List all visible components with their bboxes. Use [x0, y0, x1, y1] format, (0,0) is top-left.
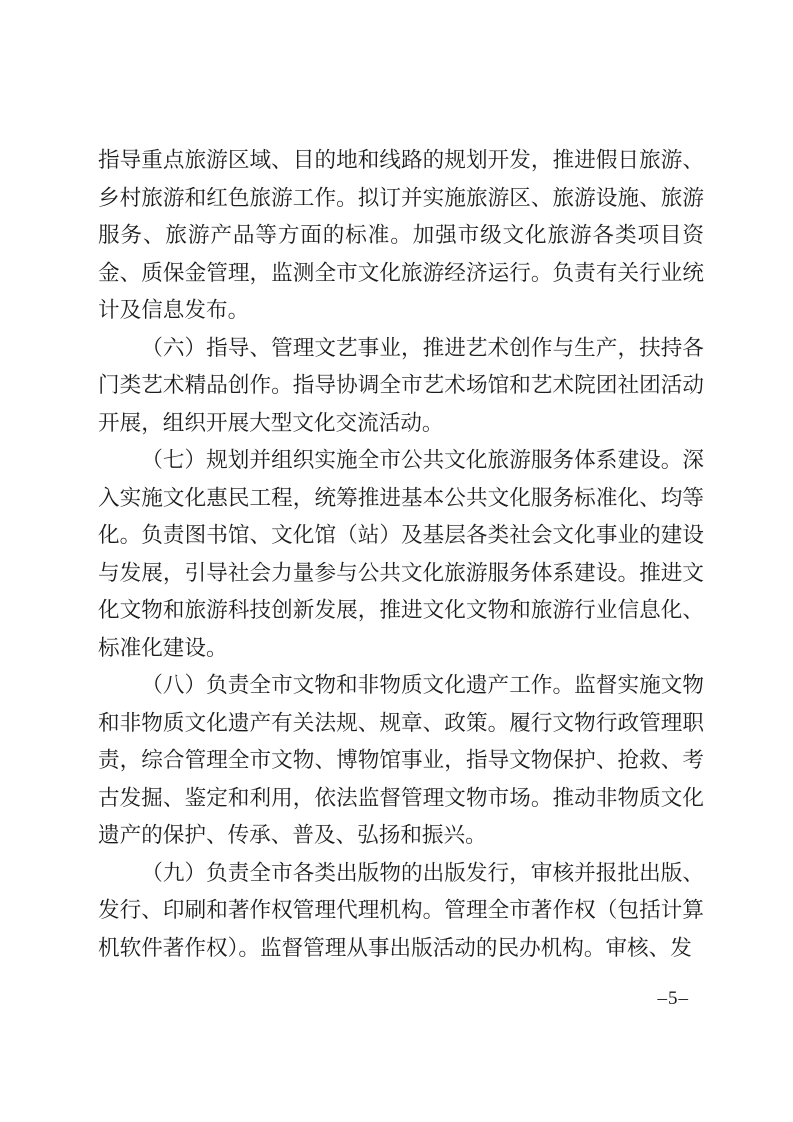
- paragraph-item-7: （七）规划并组织实施全市公共文化旅游服务体系建设。深入实施文化惠民工程，统筹推进…: [98, 442, 704, 667]
- document-page: 指导重点旅游区域、目的地和线路的规划开发，推进假日旅游、乡村旅游和红色旅游工作。…: [0, 0, 793, 1122]
- paragraph-item-8: （八）负责全市文物和非物质文化遗产工作。监督实施文物和非物质文化遗产有关法规、规…: [98, 667, 704, 855]
- paragraph-item-9: （九）负责全市各类出版物的出版发行，审核并报批出版、发行、印刷和著作权管理代理机…: [98, 855, 704, 968]
- paragraph-continuation: 指导重点旅游区域、目的地和线路的规划开发，推进假日旅游、乡村旅游和红色旅游工作。…: [98, 142, 704, 330]
- document-body: 指导重点旅游区域、目的地和线路的规划开发，推进假日旅游、乡村旅游和红色旅游工作。…: [98, 142, 704, 967]
- paragraph-item-6: （六）指导、管理文艺事业，推进艺术创作与生产，扶持各门类艺术精品创作。指导协调全…: [98, 330, 704, 443]
- page-number: –5–: [658, 988, 690, 1010]
